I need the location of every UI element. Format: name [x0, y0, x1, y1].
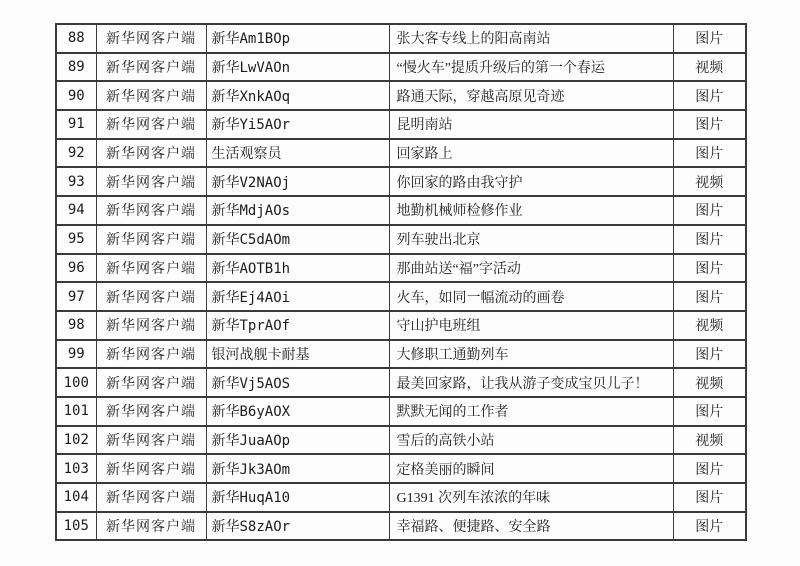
source-cell: 新华网客户端	[96, 225, 206, 254]
source-cell: 新华网客户端	[96, 254, 206, 283]
item-title-cell: 路通天际，穿越高原见奇迹	[389, 81, 673, 110]
content-type-cell: 视频	[673, 167, 746, 196]
table-row: 105 新华网客户端 新华S8zAOr 幸福路、便捷路、安全路 图片	[56, 512, 746, 541]
content-type-cell: 图片	[673, 225, 746, 254]
table-row: 97 新华网客户端 新华Ej4AOi 火车，如同一幅流动的画卷 图片	[56, 282, 746, 311]
source-cell: 新华网客户端	[96, 53, 206, 82]
item-title-cell: 地勤机械师检修作业	[389, 196, 673, 225]
account-name-cell: 新华Jk3AOm	[206, 454, 389, 483]
item-title-cell: 你回家的路由我守护	[389, 167, 673, 196]
account-name-cell: 新华AOTB1h	[206, 254, 389, 283]
content-type-cell: 图片	[673, 196, 746, 225]
source-cell: 新华网客户端	[96, 196, 206, 225]
table-row: 98 新华网客户端 新华TprAOf 守山护电班组 视频	[56, 311, 746, 340]
content-type-cell: 图片	[673, 24, 746, 53]
account-name-cell: 银河战舰卡耐基	[206, 340, 389, 369]
row-number-cell: 104	[56, 483, 96, 512]
content-type-cell: 图片	[673, 110, 746, 139]
account-name-cell: 新华Yi5AOr	[206, 110, 389, 139]
table-row: 99 新华网客户端 银河战舰卡耐基 大修职工通勤列车 图片	[56, 340, 746, 369]
row-number-cell: 92	[56, 139, 96, 168]
row-number-cell: 96	[56, 254, 96, 283]
table-row: 100 新华网客户端 新华Vj5AOS 最美回家路，让我从游子变成宝贝儿子！ 视…	[56, 368, 746, 397]
source-cell: 新华网客户端	[96, 512, 206, 541]
source-cell: 新华网客户端	[96, 454, 206, 483]
media-report-table: 88 新华网客户端 新华Am1BOp 张大客专线上的阳高南站 图片 89 新华网…	[55, 23, 747, 541]
table-row: 94 新华网客户端 新华MdjAOs 地勤机械师检修作业 图片	[56, 196, 746, 225]
row-number-cell: 105	[56, 512, 96, 541]
account-name-cell: 新华C5dAOm	[206, 225, 389, 254]
table-row: 89 新华网客户端 新华LwVAOn “慢火车”提质升级后的第一个春运 视频	[56, 53, 746, 82]
table-row: 101 新华网客户端 新华B6yAOX 默默无闻的工作者 图片	[56, 397, 746, 426]
content-type-cell: 视频	[673, 368, 746, 397]
content-type-cell: 图片	[673, 512, 746, 541]
row-number-cell: 90	[56, 81, 96, 110]
table-row: 93 新华网客户端 新华V2NAOj 你回家的路由我守护 视频	[56, 167, 746, 196]
item-title-cell: 幸福路、便捷路、安全路	[389, 512, 673, 541]
row-number-cell: 89	[56, 53, 96, 82]
item-title-cell: 张大客专线上的阳高南站	[389, 24, 673, 53]
source-cell: 新华网客户端	[96, 139, 206, 168]
content-type-cell: 图片	[673, 397, 746, 426]
row-number-cell: 100	[56, 368, 96, 397]
account-name-cell: 生活观察员	[206, 139, 389, 168]
item-title-cell: G1391 次列车浓浓的年味	[389, 483, 673, 512]
source-cell: 新华网客户端	[96, 397, 206, 426]
table-body: 88 新华网客户端 新华Am1BOp 张大客专线上的阳高南站 图片 89 新华网…	[56, 24, 746, 540]
source-cell: 新华网客户端	[96, 311, 206, 340]
source-cell: 新华网客户端	[96, 483, 206, 512]
row-number-cell: 88	[56, 24, 96, 53]
account-name-cell: 新华HuqA10	[206, 483, 389, 512]
account-name-cell: 新华Ej4AOi	[206, 282, 389, 311]
source-cell: 新华网客户端	[96, 368, 206, 397]
content-type-cell: 图片	[673, 254, 746, 283]
content-type-cell: 视频	[673, 426, 746, 455]
account-name-cell: 新华Am1BOp	[206, 24, 389, 53]
table-row: 95 新华网客户端 新华C5dAOm 列车驶出北京 图片	[56, 225, 746, 254]
item-title-cell: 回家路上	[389, 139, 673, 168]
table-row: 96 新华网客户端 新华AOTB1h 那曲站送“福”字活动 图片	[56, 254, 746, 283]
item-title-cell: 最美回家路，让我从游子变成宝贝儿子！	[389, 368, 673, 397]
content-type-cell: 图片	[673, 483, 746, 512]
source-cell: 新华网客户端	[96, 426, 206, 455]
account-name-cell: 新华JuaAOp	[206, 426, 389, 455]
account-name-cell: 新华V2NAOj	[206, 167, 389, 196]
row-number-cell: 91	[56, 110, 96, 139]
content-type-cell: 图片	[673, 340, 746, 369]
row-number-cell: 97	[56, 282, 96, 311]
account-name-cell: 新华TprAOf	[206, 311, 389, 340]
account-name-cell: 新华LwVAOn	[206, 53, 389, 82]
item-title-cell: 那曲站送“福”字活动	[389, 254, 673, 283]
account-name-cell: 新华B6yAOX	[206, 397, 389, 426]
source-cell: 新华网客户端	[96, 340, 206, 369]
account-name-cell: 新华Vj5AOS	[206, 368, 389, 397]
content-type-cell: 视频	[673, 53, 746, 82]
table-row: 103 新华网客户端 新华Jk3AOm 定格美丽的瞬间 图片	[56, 454, 746, 483]
source-cell: 新华网客户端	[96, 167, 206, 196]
item-title-cell: 雪后的高铁小站	[389, 426, 673, 455]
item-title-cell: 大修职工通勤列车	[389, 340, 673, 369]
source-cell: 新华网客户端	[96, 110, 206, 139]
table-row: 91 新华网客户端 新华Yi5AOr 昆明南站 图片	[56, 110, 746, 139]
row-number-cell: 101	[56, 397, 96, 426]
table-row: 88 新华网客户端 新华Am1BOp 张大客专线上的阳高南站 图片	[56, 24, 746, 53]
account-name-cell: 新华XnkAOq	[206, 81, 389, 110]
content-type-cell: 视频	[673, 311, 746, 340]
content-type-cell: 图片	[673, 139, 746, 168]
row-number-cell: 102	[56, 426, 96, 455]
account-name-cell: 新华S8zAOr	[206, 512, 389, 541]
item-title-cell: 列车驶出北京	[389, 225, 673, 254]
account-name-cell: 新华MdjAOs	[206, 196, 389, 225]
item-title-cell: 默默无闻的工作者	[389, 397, 673, 426]
table-row: 92 新华网客户端 生活观察员 回家路上 图片	[56, 139, 746, 168]
table-row: 104 新华网客户端 新华HuqA10 G1391 次列车浓浓的年味 图片	[56, 483, 746, 512]
table-row: 90 新华网客户端 新华XnkAOq 路通天际，穿越高原见奇迹 图片	[56, 81, 746, 110]
item-title-cell: “慢火车”提质升级后的第一个春运	[389, 53, 673, 82]
row-number-cell: 93	[56, 167, 96, 196]
item-title-cell: 昆明南站	[389, 110, 673, 139]
item-title-cell: 定格美丽的瞬间	[389, 454, 673, 483]
row-number-cell: 94	[56, 196, 96, 225]
row-number-cell: 99	[56, 340, 96, 369]
source-cell: 新华网客户端	[96, 81, 206, 110]
item-title-cell: 火车，如同一幅流动的画卷	[389, 282, 673, 311]
content-type-cell: 图片	[673, 81, 746, 110]
row-number-cell: 98	[56, 311, 96, 340]
content-type-cell: 图片	[673, 454, 746, 483]
table-row: 102 新华网客户端 新华JuaAOp 雪后的高铁小站 视频	[56, 426, 746, 455]
source-cell: 新华网客户端	[96, 24, 206, 53]
row-number-cell: 103	[56, 454, 96, 483]
document-page: 88 新华网客户端 新华Am1BOp 张大客专线上的阳高南站 图片 89 新华网…	[0, 0, 800, 566]
item-title-cell: 守山护电班组	[389, 311, 673, 340]
source-cell: 新华网客户端	[96, 282, 206, 311]
row-number-cell: 95	[56, 225, 96, 254]
content-type-cell: 图片	[673, 282, 746, 311]
